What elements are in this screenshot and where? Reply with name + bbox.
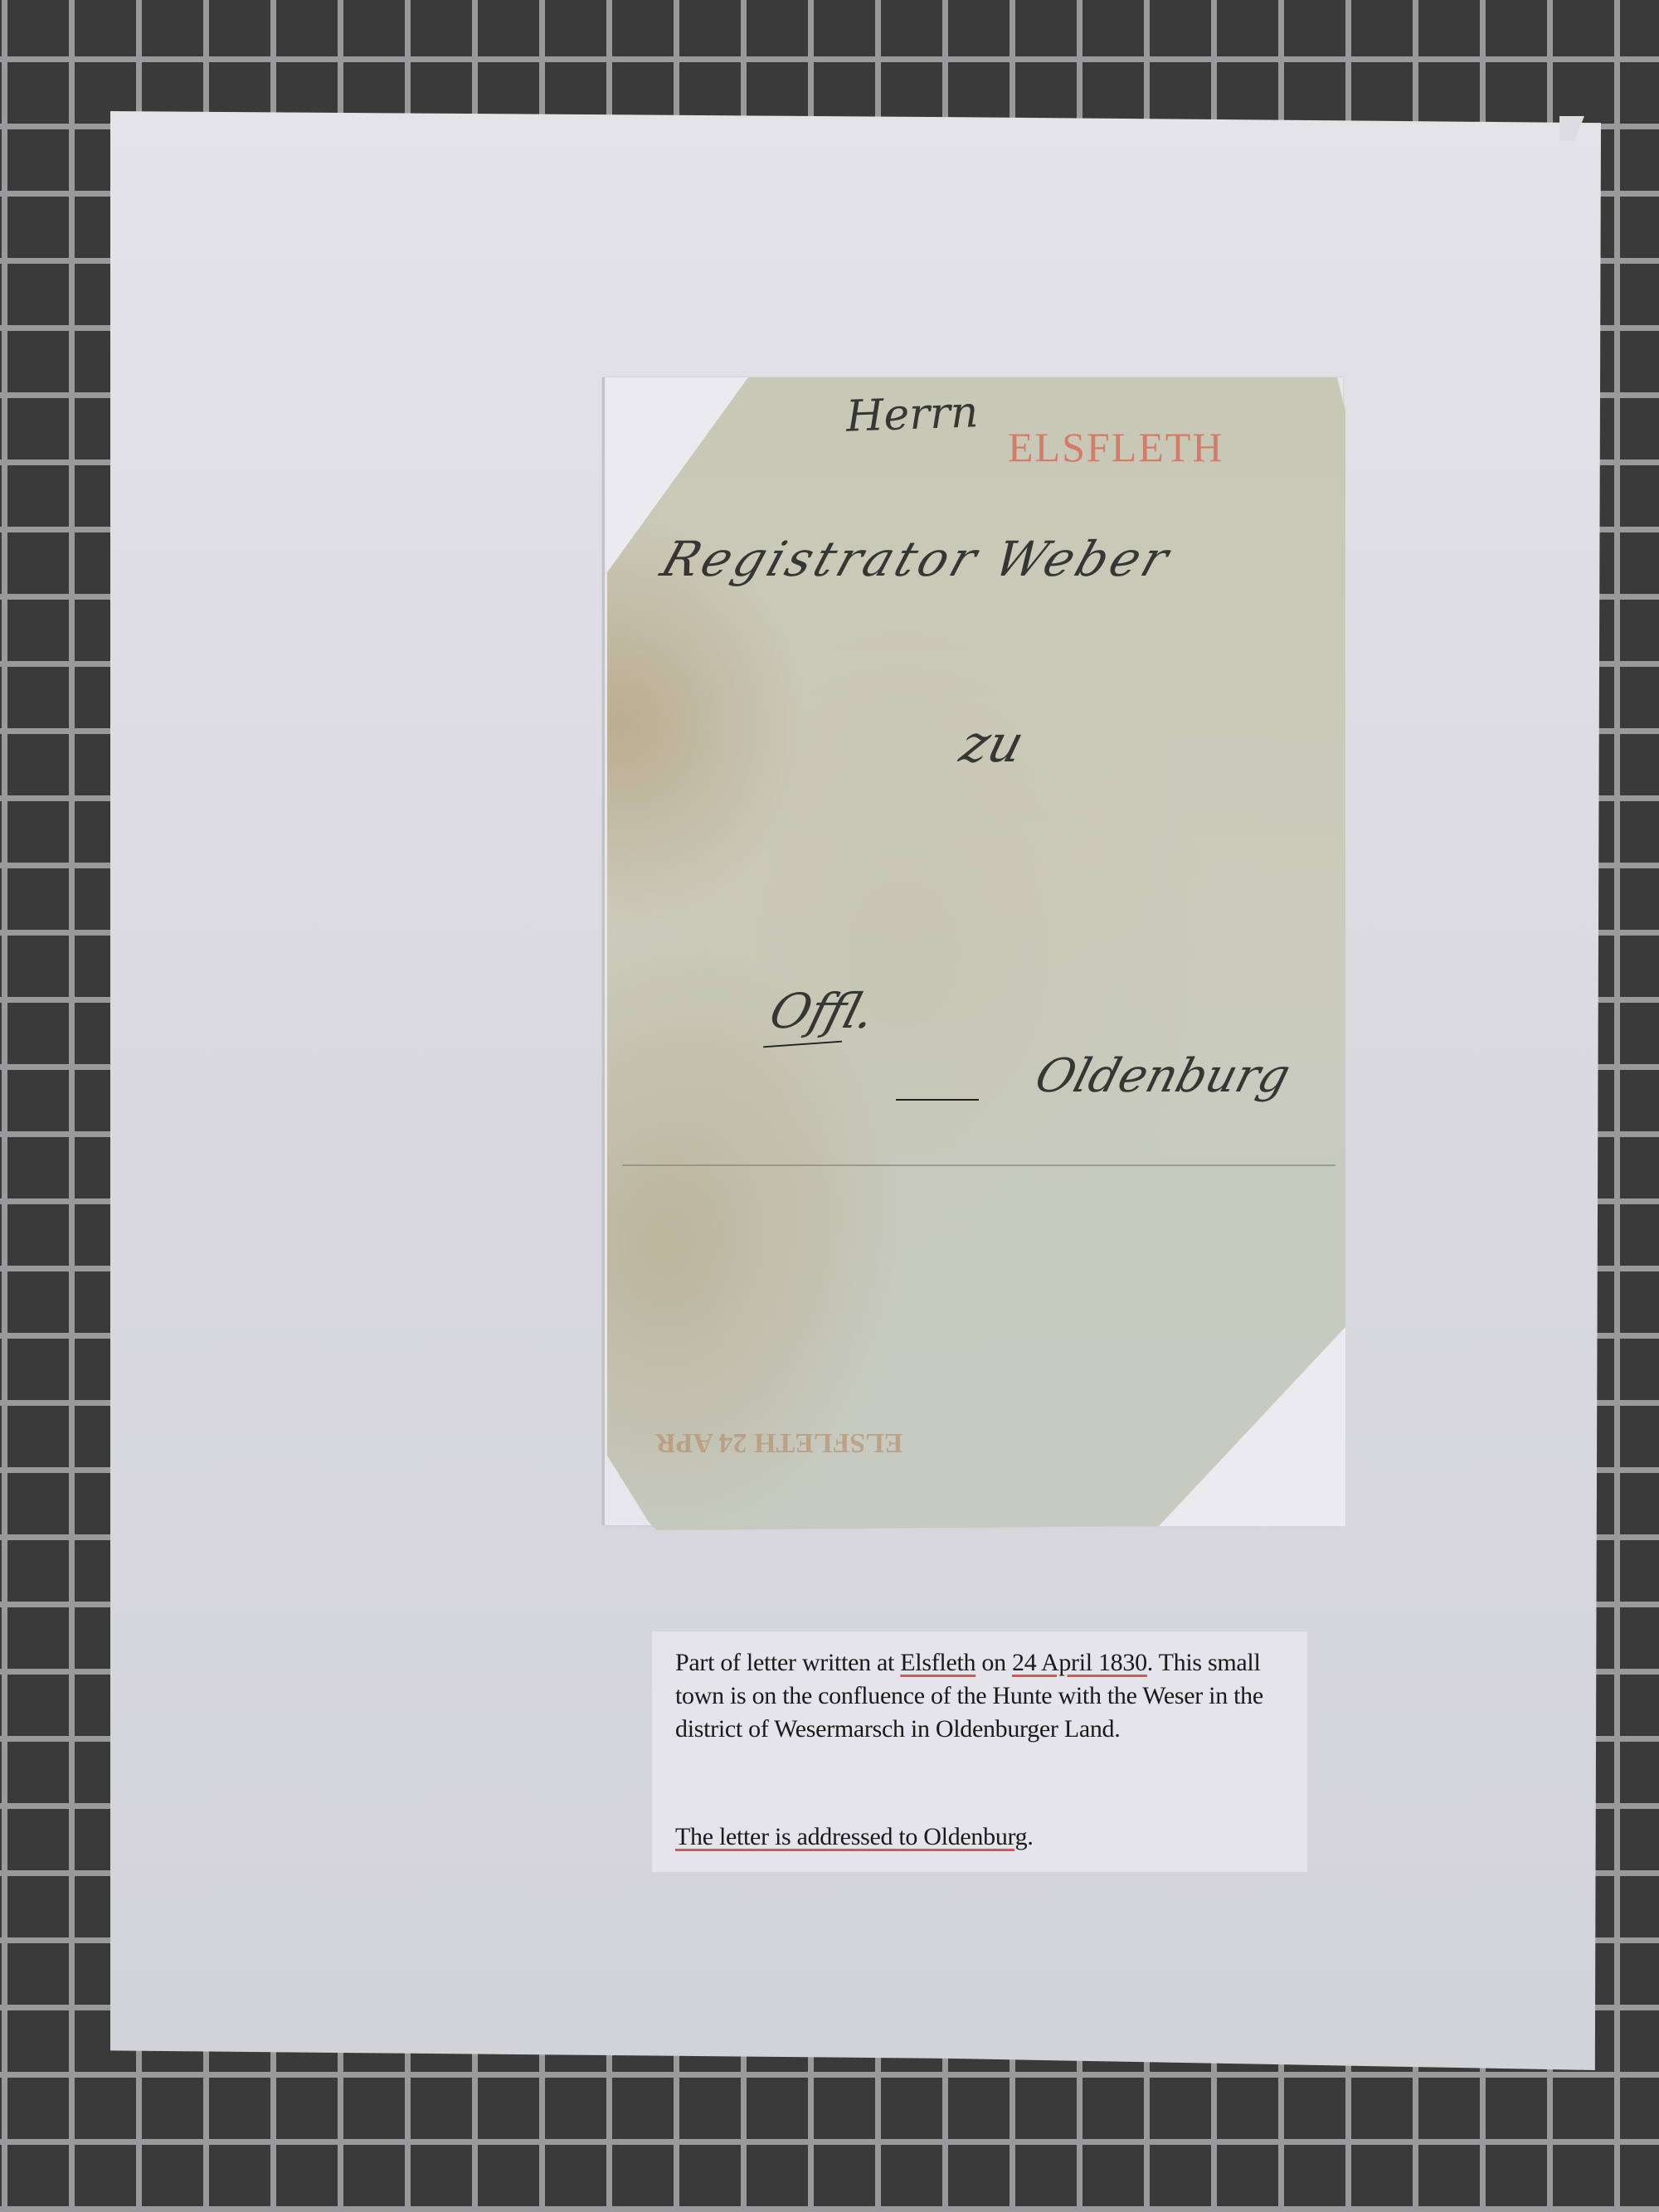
caption-text: on <box>975 1649 1012 1676</box>
handwriting-herrn: Herrn <box>845 387 979 442</box>
handwriting-addressee: Registrator Weber <box>654 531 1179 587</box>
caption-card: Part of letter written at Elsfleth on 24… <box>652 1631 1307 1872</box>
caption-paragraph-1: Part of letter written at Elsfleth on 24… <box>675 1646 1306 1746</box>
letter-fold-line <box>622 1164 1335 1166</box>
caption-text: Part of letter written at <box>675 1649 900 1676</box>
caption-place: Elsfleth <box>900 1649 975 1676</box>
caption-text: . <box>1027 1823 1033 1850</box>
faint-date-postmark: ELSFLETH 24 APR <box>655 1427 903 1458</box>
caption-destination: The letter is addressed to Oldenburg <box>675 1823 1027 1850</box>
handwriting-oldenburg: Oldenburg <box>1029 1049 1296 1103</box>
elsfleth-red-postmark: ELSFLETH <box>1008 423 1224 471</box>
caption-paragraph-2: The letter is addressed to Oldenburg. <box>675 1821 1306 1854</box>
caption-date: 24 April 1830 <box>1012 1649 1147 1676</box>
handwriting-underline <box>896 1099 979 1101</box>
handwriting-offl: Offl. <box>764 983 881 1039</box>
